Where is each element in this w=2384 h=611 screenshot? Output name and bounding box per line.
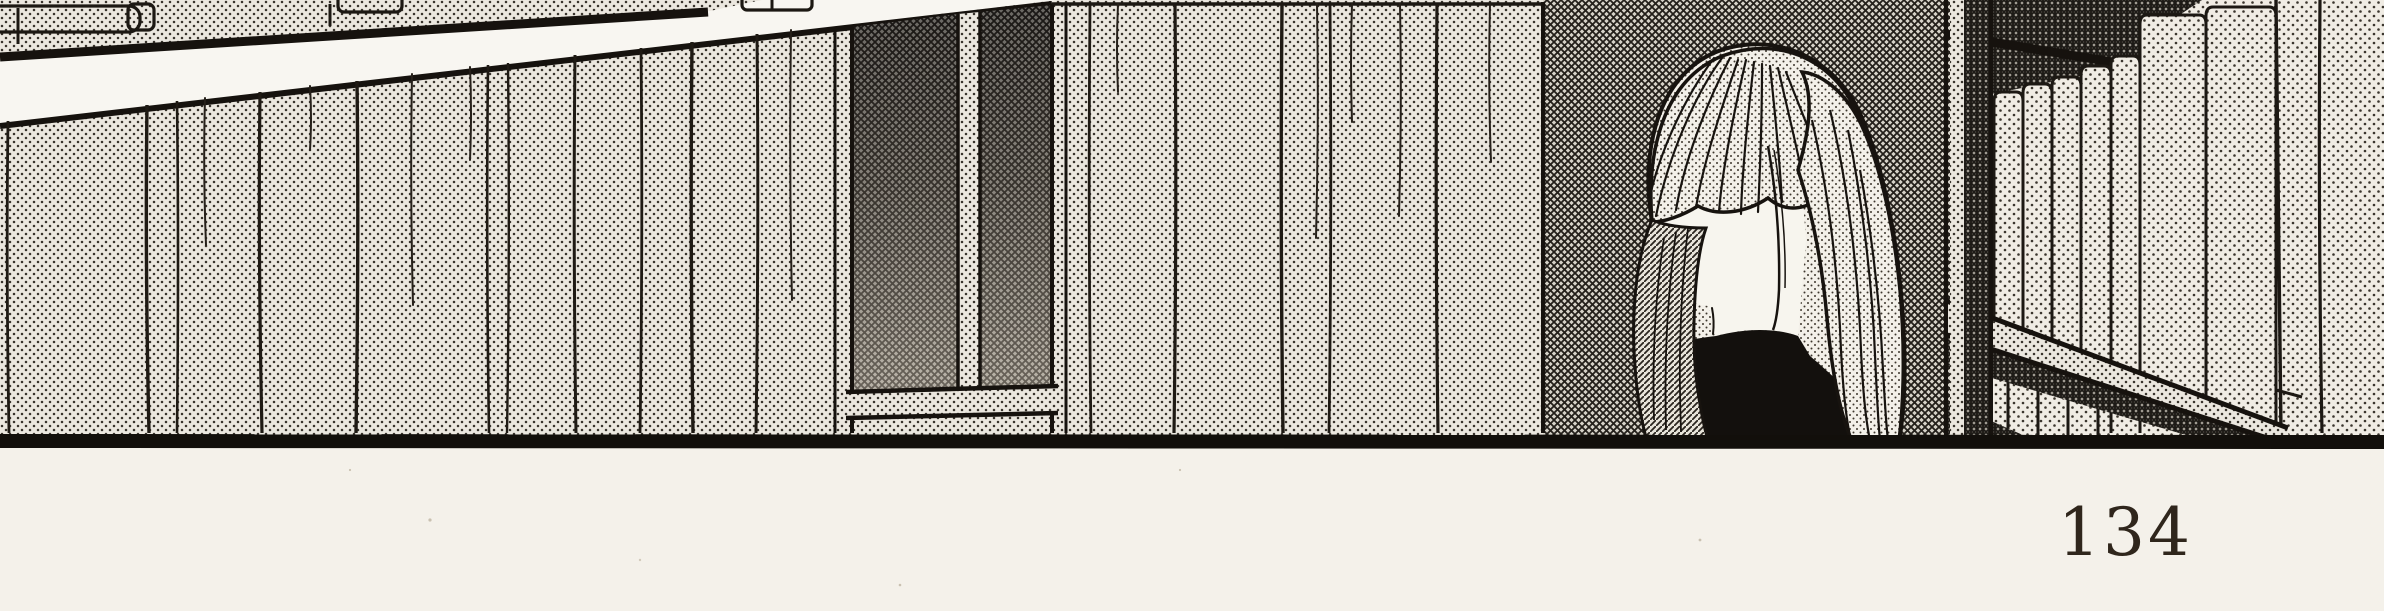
page-number: 134 — [2058, 500, 2238, 566]
manga-page: 134 — [0, 0, 2384, 611]
panel-bottom-border — [0, 434, 2384, 449]
shelf-post — [1946, 0, 1992, 448]
manga-panel-illustration — [0, 0, 2384, 611]
wall-illustration — [0, 0, 1543, 448]
doorway-illustration — [835, 4, 1066, 433]
bookshelf-illustration — [1944, 0, 2384, 448]
